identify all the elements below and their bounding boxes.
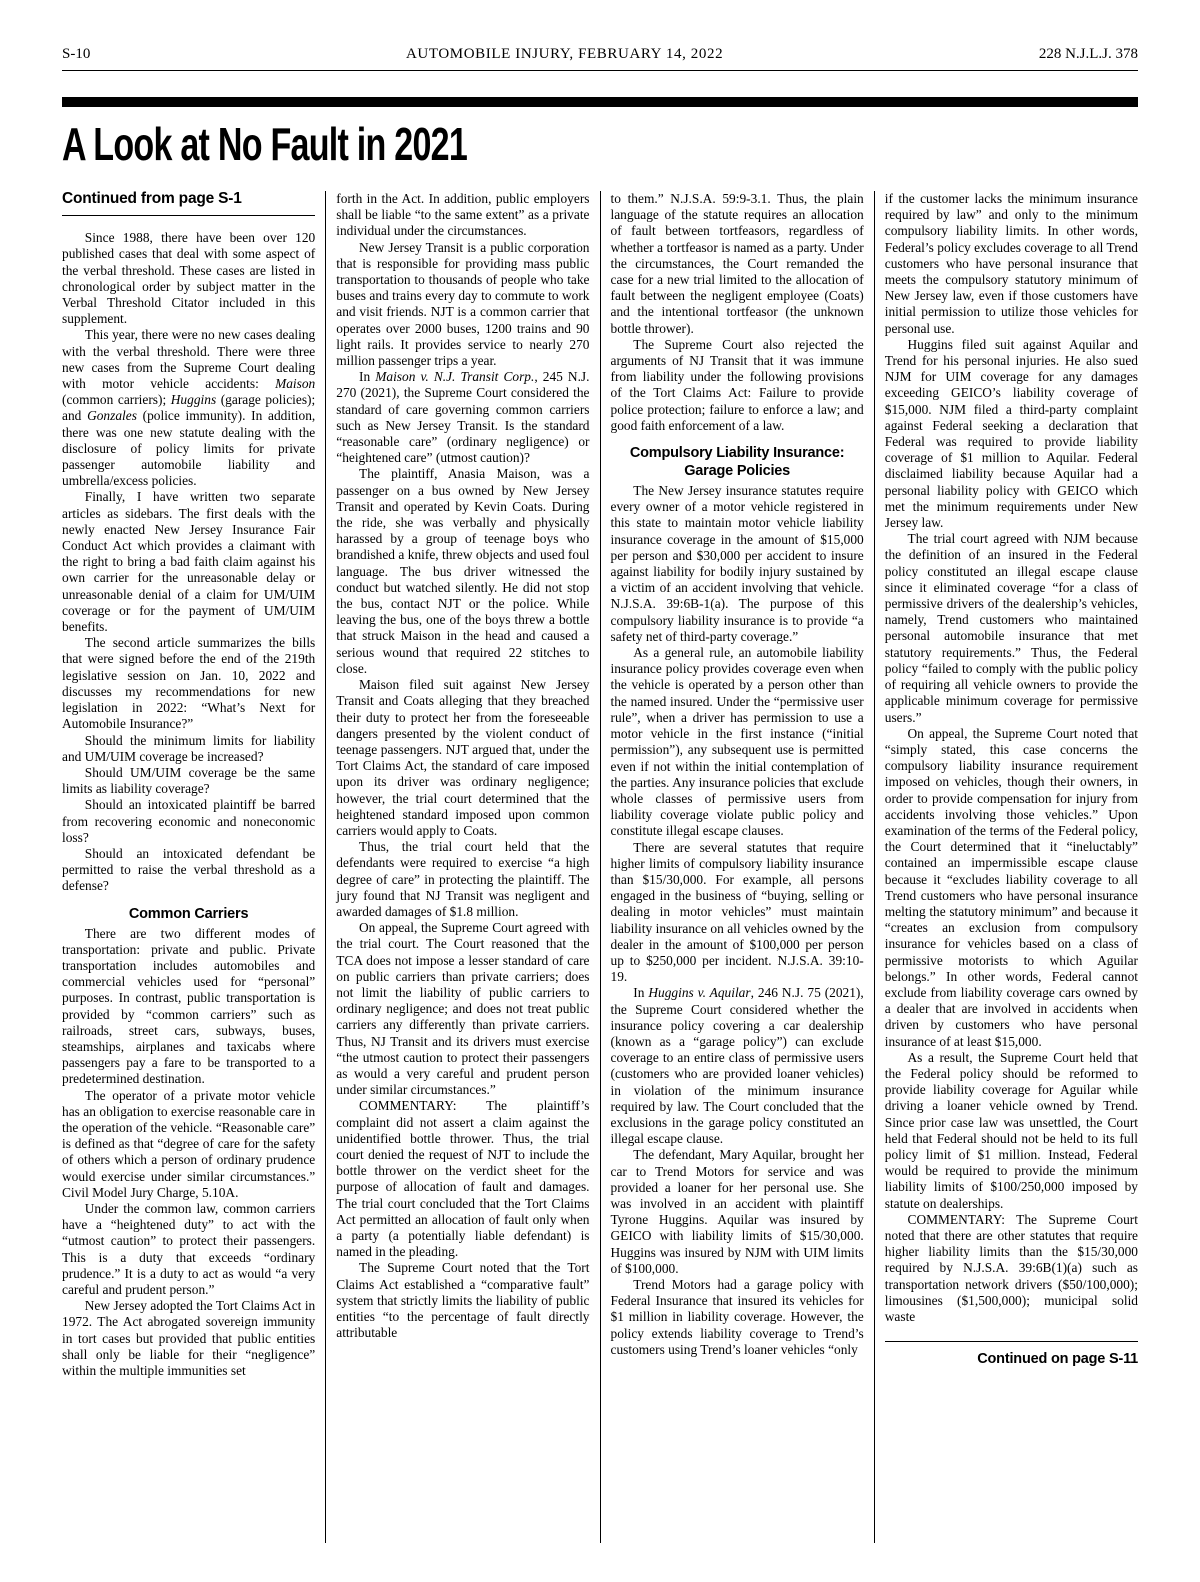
text-run: Should UM/UIM coverage be the same limit… bbox=[62, 765, 315, 796]
paragraph: In Huggins v. Aquilar, 246 N.J. 75 (2021… bbox=[611, 985, 864, 1147]
newspaper-page: S-10 AUTOMOBILE INJURY, FEBRUARY 14, 202… bbox=[0, 0, 1200, 1582]
paragraph: The Supreme Court noted that the Tort Cl… bbox=[336, 1260, 589, 1341]
page-header: S-10 AUTOMOBILE INJURY, FEBRUARY 14, 202… bbox=[62, 46, 1138, 71]
paragraph: COMMENTARY: The Supreme Court noted that… bbox=[885, 1212, 1138, 1325]
text-run: The plaintiff, Anasia Maison, was a pass… bbox=[336, 466, 589, 675]
article-headline: A Look at No Fault in 2021 bbox=[62, 119, 858, 169]
paragraph: There are two different modes of transpo… bbox=[62, 926, 315, 1088]
paragraph: COMMENTARY: The plaintiff’s complaint di… bbox=[336, 1098, 589, 1260]
column-1: Continued from page S-1Since 1988, there… bbox=[62, 191, 325, 1543]
text-run: Should an intoxicated plaintiff be barre… bbox=[62, 797, 315, 844]
case-name-italic: Gonzales bbox=[87, 408, 137, 423]
text-run: On appeal, the Supreme Court noted that … bbox=[885, 726, 1138, 1049]
text-run: In bbox=[633, 985, 648, 1000]
text-run: Should an intoxicated defendant be permi… bbox=[62, 846, 315, 893]
paragraph: On appeal, the Supreme Court noted that … bbox=[885, 726, 1138, 1050]
text-run: Should the minimum limits for liability … bbox=[62, 733, 315, 764]
text-run: There are two different modes of transpo… bbox=[62, 926, 315, 1087]
paragraph: This year, there were no new cases deali… bbox=[62, 327, 315, 489]
article-columns: Continued from page S-1Since 1988, there… bbox=[62, 191, 1138, 1543]
paragraph: Should UM/UIM coverage be the same limit… bbox=[62, 765, 315, 797]
headline-divider-bar bbox=[62, 97, 1138, 107]
text-run: The second article summarizes the bills … bbox=[62, 635, 315, 731]
paragraph: Thus, the trial court held that the defe… bbox=[336, 839, 589, 920]
text-run: forth in the Act. In addition, public em… bbox=[336, 191, 589, 238]
text-run: As a general rule, an automobile liabili… bbox=[611, 645, 864, 838]
text-run: Maison filed suit against New Jersey Tra… bbox=[336, 677, 589, 838]
paragraph: Should the minimum limits for liability … bbox=[62, 733, 315, 765]
column-2: forth in the Act. In addition, public em… bbox=[325, 191, 599, 1543]
section-heading: Compulsory Liability Insurance: Garage P… bbox=[611, 444, 864, 480]
paragraph: The defendant, Mary Aquilar, brought her… bbox=[611, 1147, 864, 1277]
text-run: New Jersey adopted the Tort Claims Act i… bbox=[62, 1298, 315, 1378]
paragraph: if the customer lacks the minimum insura… bbox=[885, 191, 1138, 337]
text-run: Under the common law, common carriers ha… bbox=[62, 1201, 315, 1297]
paragraph: The plaintiff, Anasia Maison, was a pass… bbox=[336, 466, 589, 677]
paragraph: As a result, the Supreme Court held that… bbox=[885, 1050, 1138, 1212]
text-run: On appeal, the Supreme Court agreed with… bbox=[336, 920, 589, 1097]
text-run: , 246 N.J. 75 (2021), the Supreme Court … bbox=[611, 985, 864, 1146]
text-run: There are several statutes that require … bbox=[611, 840, 864, 985]
continued-on-label: Continued on page S-11 bbox=[885, 1341, 1138, 1367]
text-run: Trend Motors had a garage policy with Fe… bbox=[611, 1277, 864, 1357]
paragraph: In Maison v. N.J. Transit Corp., 245 N.J… bbox=[336, 369, 589, 466]
header-page-number: S-10 bbox=[62, 46, 90, 63]
continued-from-label: Continued from page S-1 bbox=[62, 191, 315, 216]
text-run: COMMENTARY: The Supreme Court noted that… bbox=[885, 1212, 1138, 1324]
section-heading: Common Carriers bbox=[62, 905, 315, 923]
paragraph: Huggins filed suit against Aquilar and T… bbox=[885, 337, 1138, 531]
text-run: The operator of a private motor vehicle … bbox=[62, 1088, 315, 1200]
text-run: Finally, I have written two separate art… bbox=[62, 489, 315, 634]
text-run: The Supreme Court also rejected the argu… bbox=[611, 337, 864, 433]
text-run: The Supreme Court noted that the Tort Cl… bbox=[336, 1260, 589, 1340]
text-run: Huggins filed suit against Aquilar and T… bbox=[885, 337, 1138, 530]
text-run: New Jersey Transit is a public corporati… bbox=[336, 240, 589, 368]
text-run: Since 1988, there have been over 120 pub… bbox=[62, 230, 315, 326]
paragraph: Maison filed suit against New Jersey Tra… bbox=[336, 677, 589, 839]
header-citation: 228 N.J.L.J. 378 bbox=[1039, 46, 1138, 63]
paragraph: Should an intoxicated plaintiff be barre… bbox=[62, 797, 315, 846]
paragraph: Under the common law, common carriers ha… bbox=[62, 1201, 315, 1298]
paragraph: The New Jersey insurance statutes requir… bbox=[611, 483, 864, 645]
paragraph: The trial court agreed with NJM because … bbox=[885, 531, 1138, 725]
paragraph: Since 1988, there have been over 120 pub… bbox=[62, 230, 315, 327]
paragraph: New Jersey Transit is a public corporati… bbox=[336, 240, 589, 370]
paragraph: forth in the Act. In addition, public em… bbox=[336, 191, 589, 240]
text-run: The trial court agreed with NJM because … bbox=[885, 531, 1138, 724]
column-3: to them.” N.J.S.A. 59:9-3.1. Thus, the p… bbox=[600, 191, 874, 1543]
text-run: As a result, the Supreme Court held that… bbox=[885, 1050, 1138, 1211]
case-name-italic: Huggins v. Aquilar bbox=[648, 985, 750, 1000]
text-run: if the customer lacks the minimum insura… bbox=[885, 191, 1138, 336]
text-run: The defendant, Mary Aquilar, brought her… bbox=[611, 1147, 864, 1275]
paragraph: to them.” N.J.S.A. 59:9-3.1. Thus, the p… bbox=[611, 191, 864, 337]
text-run: to them.” N.J.S.A. 59:9-3.1. Thus, the p… bbox=[611, 191, 864, 336]
paragraph: The second article summarizes the bills … bbox=[62, 635, 315, 732]
column-4: if the customer lacks the minimum insura… bbox=[874, 191, 1138, 1543]
case-name-italic: Maison v. N.J. Transit Corp. bbox=[375, 369, 534, 384]
paragraph: New Jersey adopted the Tort Claims Act i… bbox=[62, 1298, 315, 1379]
paragraph: The operator of a private motor vehicle … bbox=[62, 1088, 315, 1201]
header-title: AUTOMOBILE INJURY, FEBRUARY 14, 2022 bbox=[406, 46, 723, 63]
text-run: COMMENTARY: The plaintiff’s complaint di… bbox=[336, 1098, 589, 1259]
case-name-italic: Huggins bbox=[171, 392, 216, 407]
paragraph: Should an intoxicated defendant be permi… bbox=[62, 846, 315, 895]
text-run: In bbox=[359, 369, 375, 384]
paragraph: On appeal, the Supreme Court agreed with… bbox=[336, 920, 589, 1098]
paragraph: The Supreme Court also rejected the argu… bbox=[611, 337, 864, 434]
paragraph: As a general rule, an automobile liabili… bbox=[611, 645, 864, 839]
text-run: (common carriers); bbox=[62, 392, 171, 407]
paragraph: There are several statutes that require … bbox=[611, 840, 864, 986]
paragraph: Finally, I have written two separate art… bbox=[62, 489, 315, 635]
paragraph: Trend Motors had a garage policy with Fe… bbox=[611, 1277, 864, 1358]
case-name-italic: Maison bbox=[275, 376, 315, 391]
text-run: The New Jersey insurance statutes requir… bbox=[611, 483, 864, 644]
text-run: Thus, the trial court held that the defe… bbox=[336, 839, 589, 919]
